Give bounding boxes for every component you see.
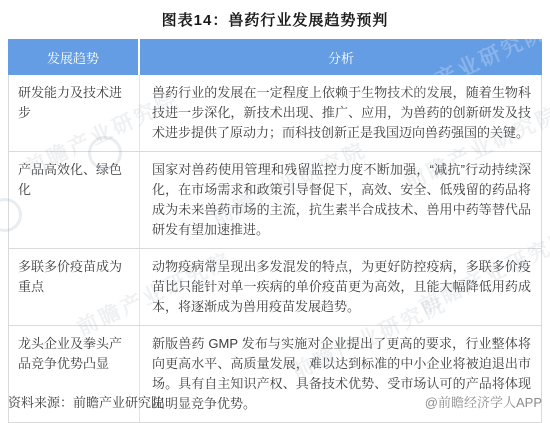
column-header-trend: 发展趋势	[8, 39, 140, 75]
table-row: 产品高效化、绿色化 国家对兽药使用管理和残留监控力度不断加强，“减抗”行动持续深…	[9, 151, 541, 248]
trend-cell: 多联多价疫苗成为重点	[9, 249, 140, 325]
trends-table: 发展趋势 分析 研发能力及技术进步 兽药行业的发展在一定程度上依赖于生物技术的发…	[8, 40, 542, 423]
trend-cell: 产品高效化、绿色化	[9, 152, 140, 248]
brand-note: @前瞻经济学人APP	[425, 392, 542, 411]
analysis-cell: 兽药行业的发展在一定程度上依赖于生物技术的发展，随着生物科技进一步深化，新技术出…	[140, 75, 541, 151]
analysis-cell: 国家对兽药使用管理和残留监控力度不断加强，“减抗”行动持续深化，在市场需求和政策…	[140, 152, 541, 248]
footer: 资料来源：前瞻产业研究院 @前瞻经济学人APP	[8, 392, 542, 411]
table-row: 研发能力及技术进步 兽药行业的发展在一定程度上依赖于生物技术的发展，随着生物科技…	[9, 75, 541, 151]
column-header-analysis: 分析	[140, 39, 542, 75]
trend-cell: 研发能力及技术进步	[9, 75, 140, 151]
table-header-row: 发展趋势 分析	[8, 39, 542, 75]
report-figure: 图表14：兽药行业发展趋势预判 发展趋势 分析 研发能力及技术进步 兽药行业的发…	[0, 0, 550, 423]
table-row: 多联多价疫苗成为重点 动物疫病常呈现出多发混发的特点，为更好防控疫病，多联多价疫…	[9, 248, 541, 325]
source-note: 资料来源：前瞻产业研究院	[8, 392, 164, 411]
analysis-cell: 动物疫病常呈现出多发混发的特点，为更好防控疫病，多联多价疫苗比只能针对单一疾病的…	[140, 249, 541, 325]
page-title: 图表14：兽药行业发展趋势预判	[0, 9, 550, 30]
